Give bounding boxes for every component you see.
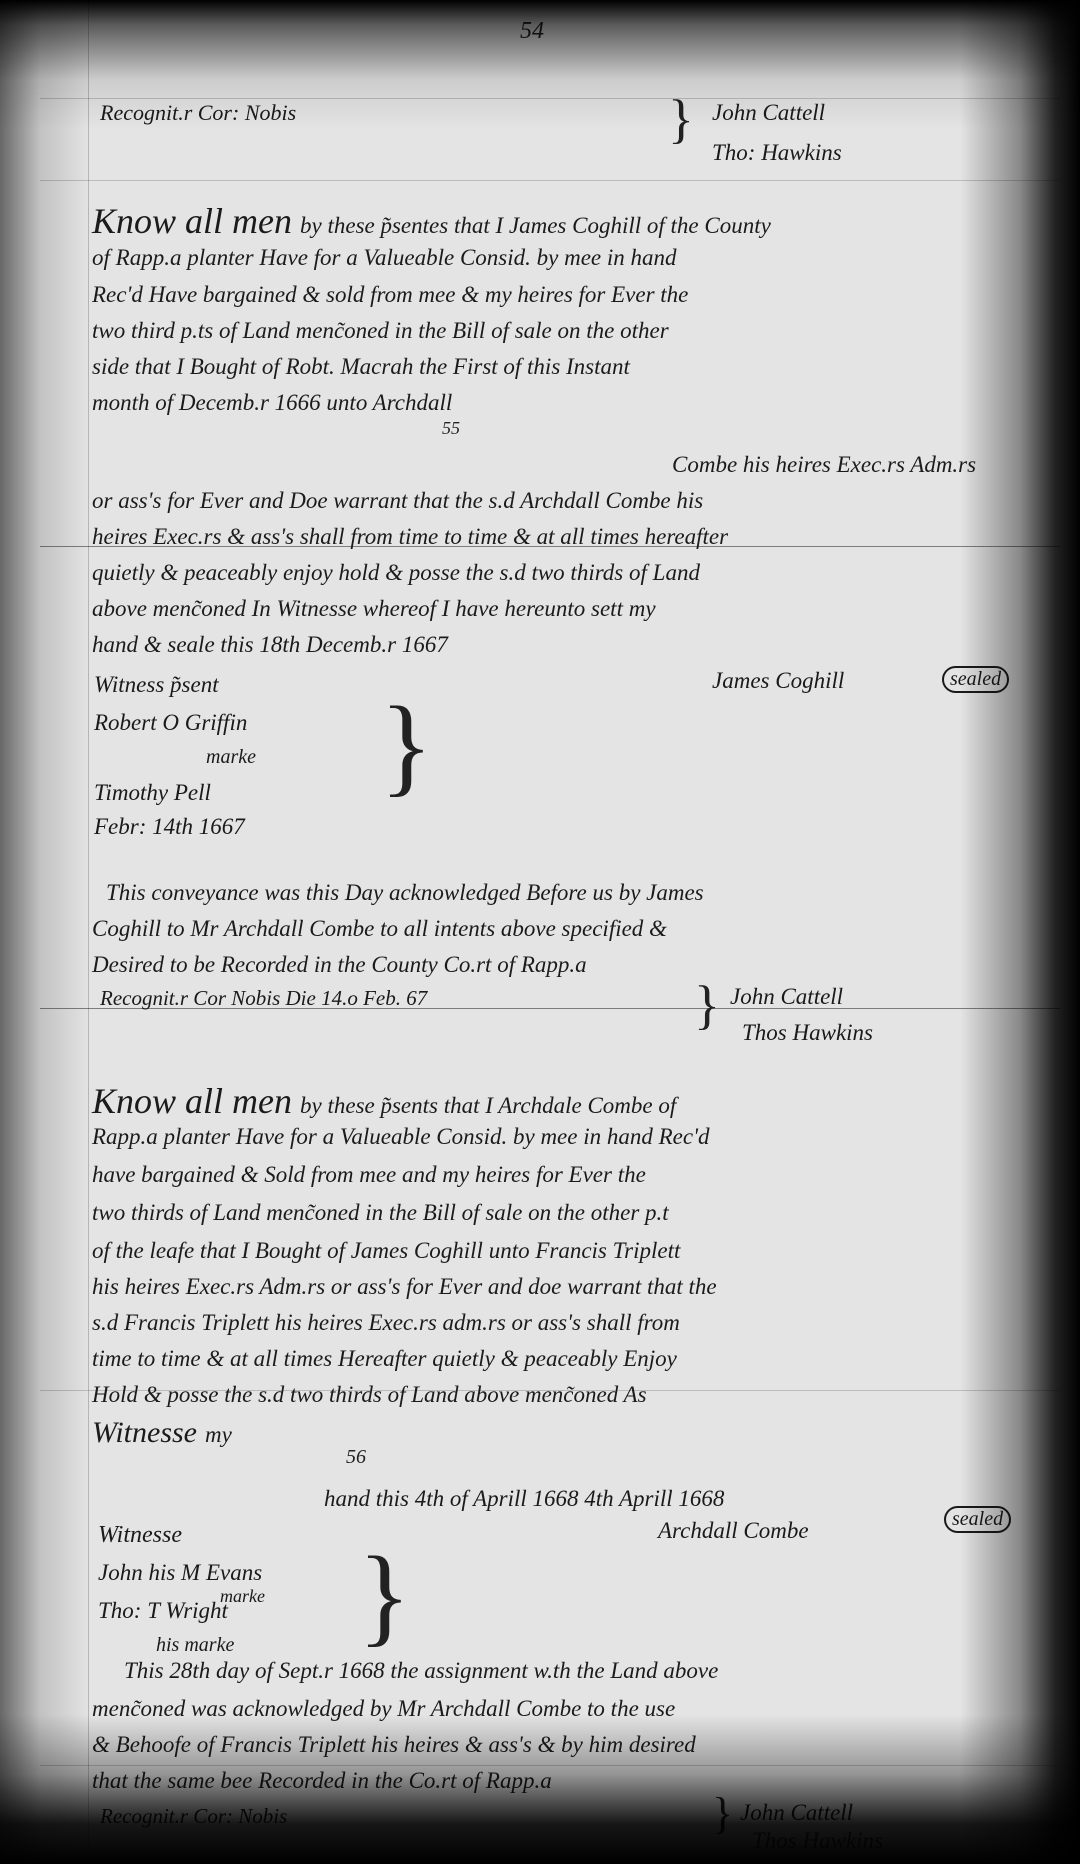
- deed2-line: time to time & at all times Hereafter qu…: [92, 1346, 677, 1372]
- deed1-continuation: above menc̃oned In Witnesse whereof I ha…: [92, 596, 656, 622]
- deed1-continuation: or ass's for Ever and Doe warrant that t…: [92, 488, 703, 514]
- witness-mark-label: marke: [206, 746, 256, 769]
- brace: }: [380, 690, 433, 800]
- ack2-line: menc̃oned was acknowledged by Mr Archdal…: [92, 1696, 675, 1722]
- deed1-line: of Rapp.a planter Have for a Valueable C…: [92, 245, 677, 271]
- document-page: 54 Recognit.r Cor: Nobis } John Cattell …: [0, 0, 1080, 1864]
- ack1-line: Coghill to Mr Archdall Combe to all inte…: [92, 916, 667, 942]
- deed2-line: s.d Francis Triplett his heires Exec.rs …: [92, 1310, 680, 1336]
- deed2-line: his heires Exec.rs Adm.rs or ass's for E…: [92, 1274, 717, 1300]
- brace: }: [668, 92, 694, 146]
- deed2-line: two thirds of Land menc̃oned in the Bill…: [92, 1200, 669, 1226]
- brace: }: [358, 1540, 411, 1650]
- signature-thos-hawkins: Thos Hawkins: [752, 1828, 883, 1854]
- recognition-note: Recognit.r Cor Nobis Die 14.o Feb. 67: [100, 986, 427, 1011]
- witness-name: Timothy Pell: [94, 780, 211, 806]
- rule-line: [40, 1765, 1060, 1766]
- recognition-note: Recognit.r Cor: Nobis: [100, 1804, 287, 1829]
- deed1-line: month of Decemb.r 1666 unto Archdall: [92, 390, 452, 416]
- witness-mark-label: his marke: [156, 1634, 234, 1657]
- signature-john-cattell: John Cattell: [740, 1800, 853, 1826]
- witness-heading: Witness p̃sent: [94, 672, 219, 698]
- deed1-line: Rec'd Have bargained & sold from mee & m…: [92, 282, 688, 308]
- ack2-line: & Behoofe of Francis Triplett his heires…: [92, 1732, 696, 1758]
- witness-heading: Witnesse: [98, 1522, 182, 1549]
- deed2-line: Hold & posse the s.d two thirds of Land …: [92, 1382, 647, 1408]
- ack2-line: This 28th day of Sept.r 1668 the assignm…: [124, 1658, 718, 1684]
- deed1-continuation: hand & seale this 18th Decemb.r 1667: [92, 632, 448, 658]
- signature-john-cattell: John Cattell: [712, 100, 825, 126]
- deed1-line: two third p.ts of Land menc̃oned in the …: [92, 318, 669, 344]
- deed2-line: Know all menby these p̃sents that I Arch…: [92, 1080, 676, 1122]
- rule-line: [40, 98, 1060, 99]
- signature-thos-hawkins: Thos Hawkins: [742, 1020, 873, 1046]
- deed2-line: Rapp.a planter Have for a Valueable Cons…: [92, 1124, 710, 1150]
- signature-tho-hawkins: Tho: Hawkins: [712, 140, 842, 166]
- ack1-line: This conveyance was this Day acknowledge…: [106, 880, 704, 906]
- deed1-line: side that I Bought of Robt. Macrah the F…: [92, 354, 630, 380]
- page-number: 56: [346, 1446, 366, 1469]
- seal-mark: sealed: [944, 1506, 1011, 1533]
- recognition-note: Recognit.r Cor: Nobis: [100, 100, 296, 126]
- witness-name: Robert O Griffin: [94, 710, 247, 736]
- ack1-line: Desired to be Recorded in the County Co.…: [92, 952, 587, 978]
- signer-archdall-combe: Archdall Combe: [658, 1518, 809, 1544]
- deed1-opening: Know all men: [92, 201, 292, 241]
- ack2-line: that the same bee Recorded in the Co.rt …: [92, 1768, 552, 1794]
- page-number: 55: [442, 418, 460, 439]
- deed1-line: Know all menby these p̃sentes that I Jam…: [92, 200, 771, 242]
- margin-line: [88, 0, 89, 1864]
- page-number: 54: [520, 18, 544, 45]
- deed2-line: have bargained & Sold from mee and my he…: [92, 1162, 646, 1188]
- brace: }: [694, 978, 720, 1032]
- witnesse-word: Witnesse: [92, 1416, 197, 1449]
- witness-date: Febr: 14th 1667: [94, 814, 245, 840]
- rule-line: [40, 180, 1060, 181]
- signer-james-coghill: James Coghill: [712, 668, 844, 694]
- deed1-continuation: heires Exec.rs & ass's shall from time t…: [92, 524, 728, 550]
- brace: }: [712, 1792, 733, 1836]
- deed2-line: Witnessemy: [92, 1416, 232, 1450]
- deed1-continuation: Combe his heires Exec.rs Adm.rs: [672, 452, 976, 478]
- signature-john-cattell: John Cattell: [730, 984, 843, 1010]
- deed2-opening: Know all men: [92, 1081, 292, 1121]
- deed1-continuation: quietly & peaceably enjoy hold & posse t…: [92, 560, 700, 586]
- witness-name: John his M Evans: [98, 1560, 262, 1586]
- deed2-line: of the leafe that I Bought of James Cogh…: [92, 1238, 680, 1264]
- seal-mark: sealed: [942, 666, 1009, 693]
- deed2-date-line: hand this 4th of Aprill 1668 4th Aprill …: [324, 1486, 724, 1512]
- witness-name: Tho: T Wright: [98, 1598, 228, 1624]
